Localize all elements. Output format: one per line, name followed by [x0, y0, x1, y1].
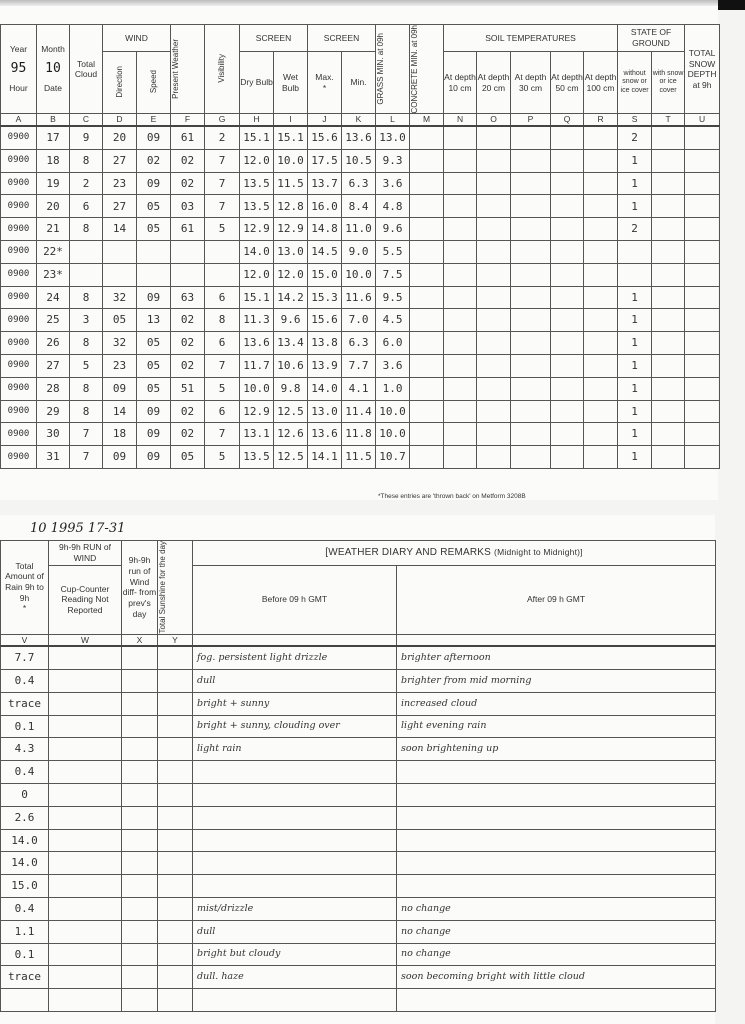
table-row: 0900248320963615.114.215.311.69.51 — [1, 286, 720, 309]
cell-rain: 15.0 — [1, 875, 49, 898]
cell-dry: 10.0 — [240, 377, 274, 400]
empty-cell — [652, 309, 685, 332]
empty-cell — [158, 783, 193, 806]
cell-state-of-ground: 1 — [618, 400, 652, 423]
cell-vis: 8 — [205, 309, 240, 332]
diary-table: Total Amount of Rain 9h to 9h * 9h-9h RU… — [0, 540, 716, 1012]
empty-cell — [584, 263, 618, 286]
cell-max: 14.5 — [308, 241, 342, 264]
cell-dir — [103, 263, 137, 286]
cell-cloud: 5 — [70, 355, 103, 378]
cell-wet: 12.5 — [274, 446, 308, 469]
empty-cell — [477, 423, 511, 446]
cell-rain: 14.0 — [1, 852, 49, 875]
empty-cell — [584, 126, 618, 149]
cell-before-09 — [193, 783, 397, 806]
direction-header: Direction — [103, 52, 137, 114]
dry-bulb-header: Dry Bulb — [240, 52, 274, 114]
cell-speed: 05 — [137, 377, 171, 400]
cell-pw: 61 — [171, 218, 205, 241]
cell-grass: 6.0 — [376, 332, 410, 355]
empty-cell — [652, 423, 685, 446]
empty-cell — [584, 309, 618, 332]
column-letter: J — [308, 114, 342, 126]
cell-state-of-ground: 1 — [618, 195, 652, 218]
empty-cell — [444, 332, 477, 355]
wet-bulb-header: Wet Bulb — [274, 52, 308, 114]
empty-cell — [397, 634, 716, 646]
cell-after-09 — [397, 875, 716, 898]
diary-title-label: [WEATHER DIARY AND REMARKS — [325, 547, 491, 558]
observation-rows: 0900179200961215.115.115.613.613.0209001… — [1, 126, 720, 468]
column-letter: T — [652, 114, 685, 126]
handwritten-title: 10 1995 17-31 — [30, 521, 125, 536]
cell-after-09: increased cloud — [397, 692, 716, 715]
cell-cloud: 8 — [70, 332, 103, 355]
empty-cell — [122, 829, 158, 852]
empty-cell — [158, 738, 193, 761]
cell-dir: 32 — [103, 332, 137, 355]
cell-vis: 7 — [205, 172, 240, 195]
empty-cell — [652, 263, 685, 286]
cell-after-09: no change — [397, 920, 716, 943]
table-row: 090023*12.012.015.010.07.5 — [1, 263, 720, 286]
column-letter: U — [685, 114, 720, 126]
cell-after-09: light evening rain — [397, 715, 716, 738]
empty-cell — [511, 126, 551, 149]
cell-dry: 15.1 — [240, 126, 274, 149]
cell-date: 25 — [37, 309, 70, 332]
cell-after-09: brighter from mid morning — [397, 669, 716, 692]
cell-min: 4.1 — [342, 377, 376, 400]
column-letter: C — [70, 114, 103, 126]
cell-min: 11.5 — [342, 446, 376, 469]
empty-cell — [49, 783, 122, 806]
empty-cell — [551, 218, 584, 241]
cell-grass: 7.5 — [376, 263, 410, 286]
cell-before-09: bright + sunny, clouding over — [193, 715, 397, 738]
cell-min: 6.3 — [342, 172, 376, 195]
empty-cell — [584, 400, 618, 423]
cell-wet: 12.0 — [274, 263, 308, 286]
cell-dir — [103, 241, 137, 264]
cell-pw: 03 — [171, 195, 205, 218]
cell-before-09 — [193, 829, 397, 852]
cell-max: 13.8 — [308, 332, 342, 355]
cell-state-of-ground: 1 — [618, 423, 652, 446]
sunshine-label: Total Sunshine for the day — [158, 541, 180, 634]
cell-min: 10.5 — [342, 149, 376, 172]
cell-state-of-ground: 2 — [618, 126, 652, 149]
empty-cell — [122, 943, 158, 966]
cell-before-09 — [193, 852, 397, 875]
cell-wet: 12.5 — [274, 400, 308, 423]
empty-cell — [410, 195, 444, 218]
cell-grass: 10.0 — [376, 400, 410, 423]
cell-vis: 6 — [205, 332, 240, 355]
cell-wet: 12.8 — [274, 195, 308, 218]
cell-vis: 2 — [205, 126, 240, 149]
empty-cell — [551, 195, 584, 218]
cell-dir: 27 — [103, 149, 137, 172]
empty-cell — [122, 875, 158, 898]
cell-hour: 0900 — [1, 377, 37, 400]
cell-cloud: 7 — [70, 423, 103, 446]
cell-cloud: 8 — [70, 377, 103, 400]
cell-hour: 0900 — [1, 195, 37, 218]
empty-cell — [584, 332, 618, 355]
cell-pw: 61 — [171, 126, 205, 149]
cell-min: 6.3 — [342, 332, 376, 355]
empty-cell — [551, 332, 584, 355]
speed-header: Speed — [137, 52, 171, 114]
empty-cell — [584, 218, 618, 241]
cell-dry: 12.9 — [240, 218, 274, 241]
empty-cell — [685, 126, 720, 149]
empty-cell — [410, 172, 444, 195]
empty-cell — [49, 966, 122, 989]
cell-before-09: bright but cloudy — [193, 943, 397, 966]
empty-cell — [511, 241, 551, 264]
empty-cell — [477, 332, 511, 355]
cell-wet: 12.6 — [274, 423, 308, 446]
empty-cell — [652, 172, 685, 195]
cell-grass: 3.6 — [376, 355, 410, 378]
cell-cloud: 7 — [70, 446, 103, 469]
cell-cloud: 8 — [70, 286, 103, 309]
cell-before-09: fog. persistent light drizzle — [193, 646, 397, 669]
empty-cell — [652, 218, 685, 241]
cell-max: 15.6 — [308, 309, 342, 332]
empty-cell — [158, 966, 193, 989]
cell-date: 18 — [37, 149, 70, 172]
empty-cell — [158, 761, 193, 784]
cell-after-09: soon brightening up — [397, 738, 716, 761]
cell-hour: 0900 — [1, 355, 37, 378]
column-letter: N — [444, 114, 477, 126]
cell-wet: 15.1 — [274, 126, 308, 149]
empty-cell — [122, 669, 158, 692]
cell-hour: 0900 — [1, 400, 37, 423]
empty-cell — [410, 286, 444, 309]
state-of-ground-header: STATE OF GROUND — [618, 25, 685, 52]
empty-cell — [584, 355, 618, 378]
cell-after-09 — [397, 761, 716, 784]
empty-cell — [477, 309, 511, 332]
cell-pw: 02 — [171, 332, 205, 355]
table-row: 0900307180902713.112.613.611.810.01 — [1, 423, 720, 446]
empty-cell — [652, 241, 685, 264]
empty-cell — [652, 446, 685, 469]
cell-dir: 23 — [103, 355, 137, 378]
cell-hour: 0900 — [1, 218, 37, 241]
empty-cell — [685, 423, 720, 446]
cell-pw: 02 — [171, 423, 205, 446]
cell-min: 11.8 — [342, 423, 376, 446]
empty-cell — [551, 446, 584, 469]
cell-grass: 4.5 — [376, 309, 410, 332]
table-row: 0.4 — [1, 761, 716, 784]
empty-cell — [122, 852, 158, 875]
cell-hour: 0900 — [1, 309, 37, 332]
empty-cell — [551, 309, 584, 332]
cell-speed: 05 — [137, 195, 171, 218]
empty-cell — [410, 446, 444, 469]
cell-state-of-ground: 1 — [618, 355, 652, 378]
soil-temperatures-header: SOIL TEMPERATURES — [444, 25, 618, 52]
cell-rain: 0.4 — [1, 761, 49, 784]
empty-cell — [444, 149, 477, 172]
empty-cell — [410, 309, 444, 332]
column-letter: G — [205, 114, 240, 126]
cell-cloud: 8 — [70, 400, 103, 423]
empty-cell — [551, 126, 584, 149]
total-cloud-header: Total Cloud — [70, 25, 103, 114]
cell-grass: 9.3 — [376, 149, 410, 172]
year-label: Year — [1, 44, 36, 55]
empty-cell — [410, 126, 444, 149]
cell-wet: 9.8 — [274, 377, 308, 400]
cell-dry: 13.1 — [240, 423, 274, 446]
table-row — [1, 989, 716, 1012]
cell-dir: 14 — [103, 218, 137, 241]
cell-max: 15.6 — [308, 126, 342, 149]
cup-counter-header: Cup-Counter Reading Not Reported — [49, 566, 122, 635]
cell-hour: 0900 — [1, 241, 37, 264]
max-label: Max. — [308, 72, 341, 83]
observation-table: Year 95 Hour Month 10 Date Total Cloud W… — [0, 24, 720, 469]
cell-grass: 10.7 — [376, 446, 410, 469]
cell-before-09: dull — [193, 920, 397, 943]
table-row: 14.0 — [1, 829, 716, 852]
cell-max: 13.6 — [308, 423, 342, 446]
empty-cell — [158, 875, 193, 898]
empty-cell — [158, 806, 193, 829]
cell-cloud: 8 — [70, 218, 103, 241]
diary-rows: 7.7fog. persistent light drizzlebrighter… — [1, 646, 716, 1011]
cell-state-of-ground: 1 — [618, 309, 652, 332]
cell-hour: 0900 — [1, 263, 37, 286]
table-row: 0900298140902612.912.513.011.410.01 — [1, 400, 720, 423]
column-letter-row: VWXY — [1, 634, 716, 646]
empty-cell — [477, 286, 511, 309]
empty-cell — [158, 852, 193, 875]
empty-cell — [193, 989, 397, 1012]
empty-cell — [551, 423, 584, 446]
total-rain-label: Total Amount of Rain 9h to 9h — [1, 561, 48, 604]
cell-state-of-ground: 1 — [618, 332, 652, 355]
cell-after-09: soon becoming bright with little cloud — [397, 966, 716, 989]
cell-rain: trace — [1, 966, 49, 989]
table-row: 0900288090551510.09.814.04.11.01 — [1, 377, 720, 400]
table-row: 1.1dullno change — [1, 920, 716, 943]
cell-vis: 6 — [205, 400, 240, 423]
cell-pw: 05 — [171, 446, 205, 469]
cell-dir: 14 — [103, 400, 137, 423]
empty-cell — [685, 400, 720, 423]
cell-speed: 05 — [137, 355, 171, 378]
table-row: 0.4dullbrighter from mid morning — [1, 669, 716, 692]
before-09-header: Before 09 h GMT — [193, 566, 397, 635]
cell-date: 28 — [37, 377, 70, 400]
cell-after-09: brighter afternoon — [397, 646, 716, 669]
empty-cell — [511, 400, 551, 423]
empty-cell — [652, 195, 685, 218]
cell-vis: 7 — [205, 149, 240, 172]
column-letter: X — [122, 634, 158, 646]
cell-before-09: light rain — [193, 738, 397, 761]
column-letter: S — [618, 114, 652, 126]
empty-cell — [49, 806, 122, 829]
table-row: 0900275230502711.710.613.97.73.61 — [1, 355, 720, 378]
cell-max: 15.3 — [308, 286, 342, 309]
column-letter: O — [477, 114, 511, 126]
cell-vis: 7 — [205, 355, 240, 378]
cell-dir: 09 — [103, 377, 137, 400]
empty-cell — [410, 218, 444, 241]
cell-hour: 0900 — [1, 286, 37, 309]
cell-max: 13.0 — [308, 400, 342, 423]
empty-cell — [511, 286, 551, 309]
visibility-header: Visibility — [205, 25, 240, 114]
empty-cell — [477, 355, 511, 378]
min-header: Min. — [342, 52, 376, 114]
empty-cell — [122, 692, 158, 715]
empty-cell — [122, 989, 158, 1012]
table-row: 090022*14.013.014.59.05.5 — [1, 241, 720, 264]
empty-cell — [685, 309, 720, 332]
cell-dir: 09 — [103, 446, 137, 469]
empty-cell — [511, 172, 551, 195]
cell-vis: 7 — [205, 195, 240, 218]
visibility-label: Visibility — [217, 54, 227, 83]
cell-after-09 — [397, 852, 716, 875]
table-row: 0.1bright + sunny, clouding overlight ev… — [1, 715, 716, 738]
empty-cell — [122, 715, 158, 738]
wind-header: WIND — [103, 25, 171, 52]
cell-speed: 09 — [137, 446, 171, 469]
cell-before-09: mist/drizzle — [193, 897, 397, 920]
cell-state-of-ground — [618, 241, 652, 264]
cell-rain: 0.4 — [1, 669, 49, 692]
table-row: 0900268320502613.613.413.86.36.01 — [1, 332, 720, 355]
cell-pw: 02 — [171, 400, 205, 423]
cell-pw: 51 — [171, 377, 205, 400]
run-diff-header: 9h-9h run of Wind diff- from prev's day — [122, 541, 158, 635]
empty-cell — [685, 195, 720, 218]
cell-max: 14.8 — [308, 218, 342, 241]
cell-date: 29 — [37, 400, 70, 423]
column-letter: W — [49, 634, 122, 646]
table-row: 2.6 — [1, 806, 716, 829]
scan-shadow — [0, 0, 718, 6]
empty-cell — [685, 218, 720, 241]
cell-state-of-ground: 2 — [618, 218, 652, 241]
cell-rain: 4.3 — [1, 738, 49, 761]
empty-cell — [511, 218, 551, 241]
cell-min: 8.4 — [342, 195, 376, 218]
empty-cell — [551, 286, 584, 309]
empty-cell — [49, 692, 122, 715]
empty-cell — [122, 783, 158, 806]
cell-pw — [171, 263, 205, 286]
cell-grass: 3.6 — [376, 172, 410, 195]
empty-cell — [444, 286, 477, 309]
sunshine-header: Total Sunshine for the day — [158, 541, 193, 635]
cell-dir: 18 — [103, 423, 137, 446]
table-row: 0900188270202712.010.017.510.59.31 — [1, 149, 720, 172]
cell-date: 27 — [37, 355, 70, 378]
cell-pw: 02 — [171, 149, 205, 172]
cell-pw: 63 — [171, 286, 205, 309]
column-letter: V — [1, 634, 49, 646]
cell-rain: 2.6 — [1, 806, 49, 829]
column-letter: K — [342, 114, 376, 126]
column-letter: Q — [551, 114, 584, 126]
diary-subtitle: (Midnight to Midnight)] — [494, 547, 583, 557]
cell-speed: 05 — [137, 218, 171, 241]
empty-cell — [511, 263, 551, 286]
column-letter: A — [1, 114, 37, 126]
column-letter: D — [103, 114, 137, 126]
cell-dir: 23 — [103, 172, 137, 195]
empty-cell — [444, 263, 477, 286]
column-letter: M — [410, 114, 444, 126]
cell-rain: 0.4 — [1, 897, 49, 920]
grass-min-header: GRASS MIN. at 09h — [376, 25, 410, 114]
empty-cell — [49, 943, 122, 966]
table-row: 0900218140561512.912.914.811.09.62 — [1, 218, 720, 241]
cell-dry: 13.5 — [240, 446, 274, 469]
cell-wet: 9.6 — [274, 309, 308, 332]
empty-cell — [444, 355, 477, 378]
empty-cell — [158, 646, 193, 669]
cell-max: 13.7 — [308, 172, 342, 195]
cell-speed: 09 — [137, 286, 171, 309]
table-row: 0.4mist/drizzleno change — [1, 897, 716, 920]
empty-cell — [584, 172, 618, 195]
cell-grass: 9.6 — [376, 218, 410, 241]
empty-cell — [158, 943, 193, 966]
column-letter-row: ABCDEFGHIJKLMNOPQRSTU — [1, 114, 720, 126]
grass-min-label: GRASS MIN. at 09h — [376, 33, 398, 105]
table-row: 4.3light rainsoon brightening up — [1, 738, 716, 761]
empty-cell — [511, 332, 551, 355]
empty-cell — [410, 423, 444, 446]
empty-cell — [551, 172, 584, 195]
empty-cell — [477, 172, 511, 195]
empty-cell — [551, 355, 584, 378]
empty-cell — [511, 195, 551, 218]
empty-cell — [444, 400, 477, 423]
total-rain-header: Total Amount of Rain 9h to 9h * — [1, 541, 49, 635]
table-row: 0900179200961215.115.115.613.613.02 — [1, 126, 720, 149]
empty-cell — [685, 286, 720, 309]
empty-cell — [685, 149, 720, 172]
empty-cell — [49, 715, 122, 738]
empty-cell — [477, 195, 511, 218]
cell-speed: 09 — [137, 400, 171, 423]
cell-min: 11.0 — [342, 218, 376, 241]
empty-cell — [158, 669, 193, 692]
cell-rain: 14.0 — [1, 829, 49, 852]
cell-date: 30 — [37, 423, 70, 446]
cell-rain: 0.1 — [1, 715, 49, 738]
direction-label: Direction — [115, 66, 125, 98]
cell-wet: 14.2 — [274, 286, 308, 309]
empty-cell — [584, 377, 618, 400]
empty-cell — [49, 738, 122, 761]
